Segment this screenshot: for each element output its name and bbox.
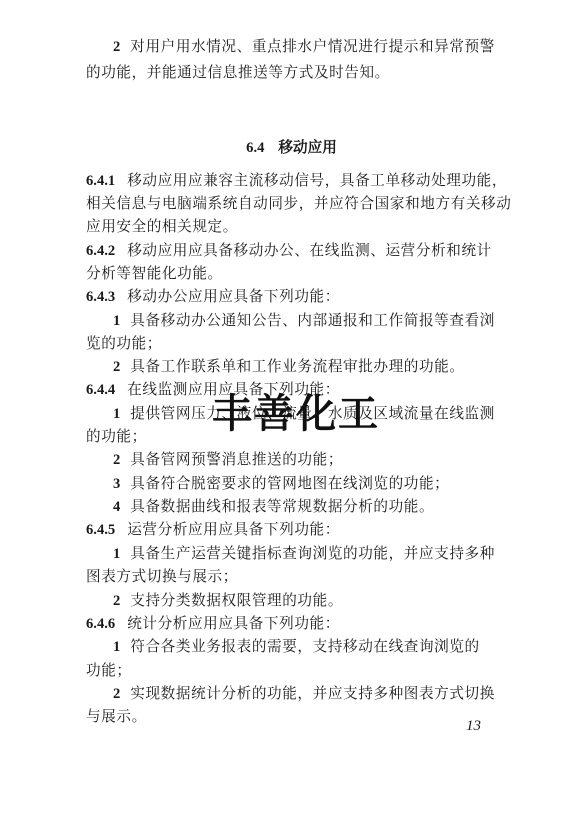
text-line: 功能； xyxy=(86,660,506,682)
list-item: 2具备管网预警消息推送的功能； xyxy=(113,449,533,471)
list-item: 2实现数据统计分析的功能，并应支持多种图表方式切换 xyxy=(113,683,533,705)
clause-6-4-3: 6.4.3移动办公应用应具备下列功能： xyxy=(86,286,506,308)
clause-6-4-1: 6.4.1移动应用应兼容主流移动信号，具备工单移动处理功能， xyxy=(86,170,506,192)
list-item: 3具备符合脱密要求的管网地图在线浏览的功能； xyxy=(113,473,533,495)
text-line: 2对用户用水情况、重点排水户情况进行提示和异常预警 xyxy=(113,36,533,58)
text-line: 的功能，并能通过信息推送等方式及时告知。 xyxy=(86,62,506,84)
text-line: 应用安全的相关规定。 xyxy=(86,216,506,238)
clause-6-4-2: 6.4.2移动应用应具备移动办公、在线监测、运营分析和统计 xyxy=(86,240,506,262)
text-line: 分析等智能化功能。 xyxy=(86,263,506,285)
list-item: 1具备移动办公通知公告、内部通报和工作简报等查看浏 xyxy=(113,310,533,332)
text-line: 与展示。 xyxy=(86,706,506,728)
text-line: 相关信息与电脑端系统自动同步，并应符合国家和地方有关移动 xyxy=(86,193,506,215)
list-item: 2支持分类数据权限管理的功能。 xyxy=(113,590,533,612)
text-line: 览的功能； xyxy=(86,333,506,355)
list-item: 4具备数据曲线和报表等常规数据分析的功能。 xyxy=(113,496,533,518)
text-line: 图表方式切换与展示； xyxy=(86,566,506,588)
watermark-text: 丰善化工 xyxy=(212,392,380,436)
page-number: 13 xyxy=(466,718,481,735)
section-heading: 6.4移动应用 xyxy=(0,136,583,157)
list-item: 1具备生产运营关键指标查询浏览的功能，并应支持多种 xyxy=(113,543,533,565)
document-page: 2对用户用水情况、重点排水户情况进行提示和异常预警 的功能，并能通过信息推送等方… xyxy=(0,0,583,826)
list-item: 1符合各类业务报表的需要，支持移动在线查询浏览的 xyxy=(113,636,533,658)
list-item: 2具备工作联系单和工作业务流程审批办理的功能。 xyxy=(113,356,533,378)
clause-6-4-6: 6.4.6统计分析应用应具备下列功能： xyxy=(86,613,506,635)
clause-6-4-5: 6.4.5运营分析应用应具备下列功能： xyxy=(86,519,506,541)
